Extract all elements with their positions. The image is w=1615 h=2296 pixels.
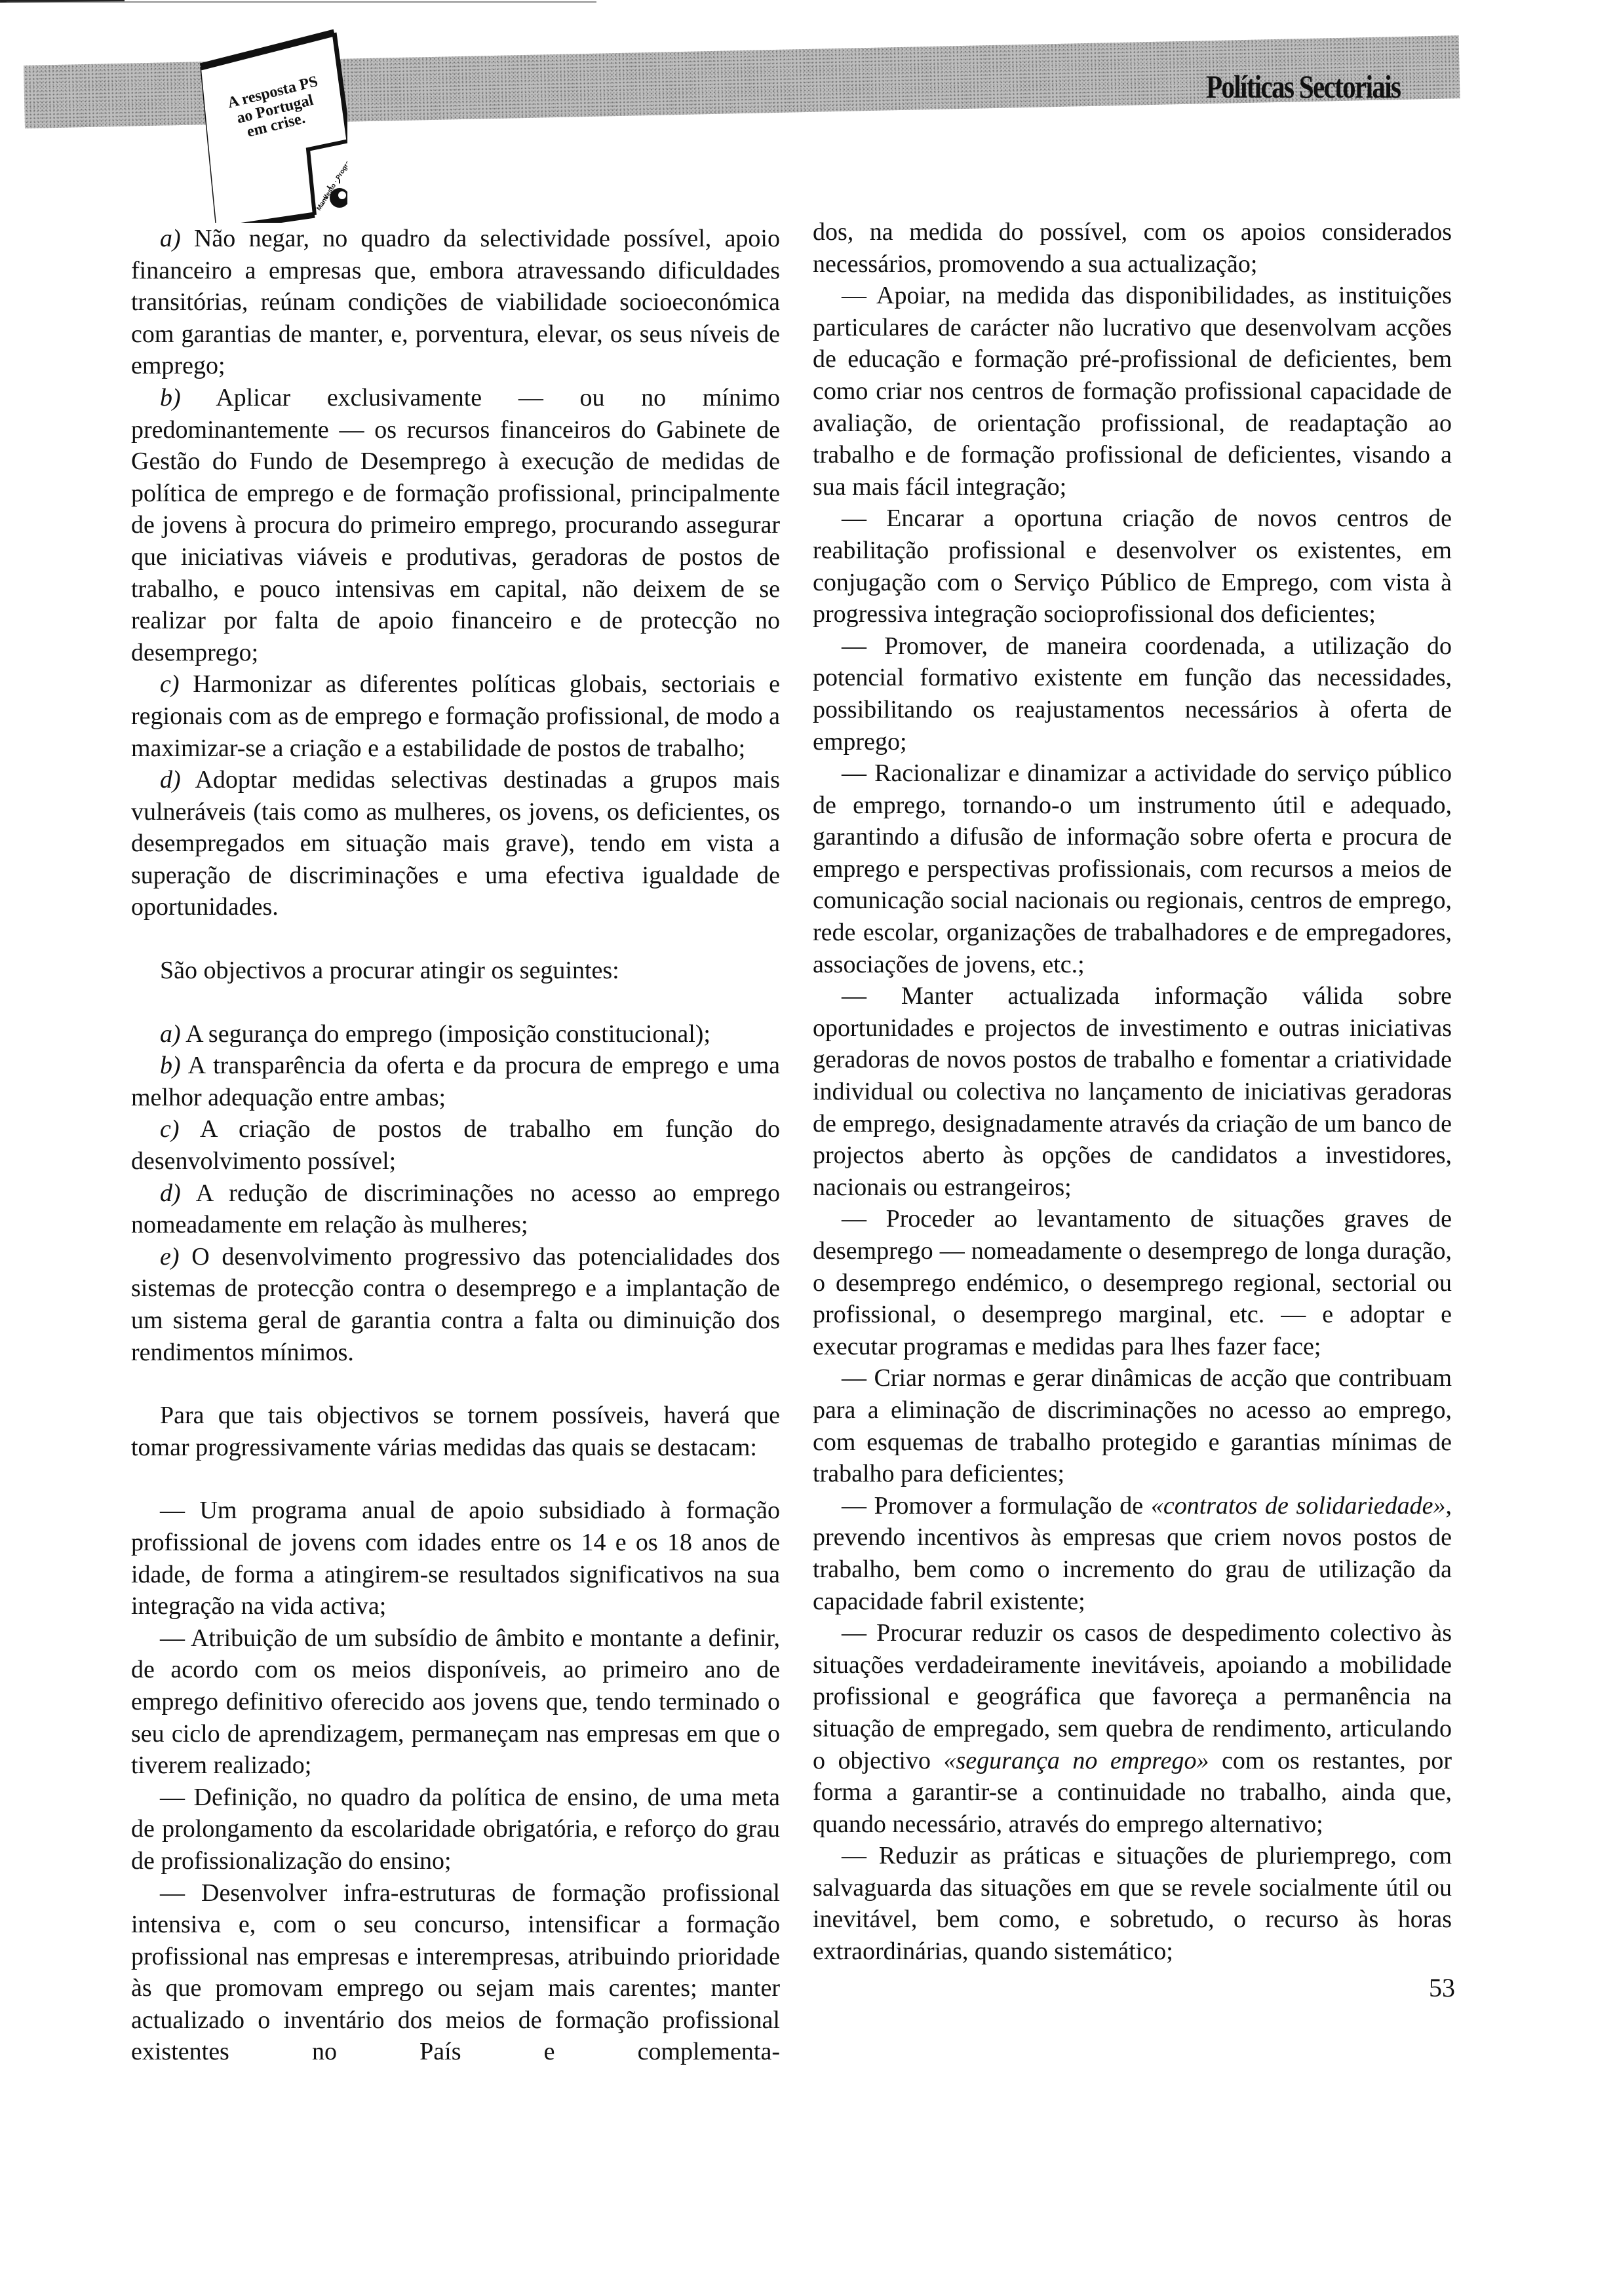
spacer	[131, 1368, 780, 1400]
measure-item: — Promover, de maneira coordenada, a uti…	[813, 630, 1452, 757]
right-column: dos, na medida do possível, com os apoio…	[813, 216, 1452, 1968]
measure-item: — Reduzir as práticas e situações de plu…	[813, 1840, 1452, 1967]
measures-intro: Para que tais objectivos se tornem possí…	[131, 1400, 780, 1463]
measure-item: — Encarar a oportuna criação de novos ce…	[813, 503, 1452, 630]
scan-edge-line	[7, 1, 596, 3]
spacer	[131, 987, 780, 1018]
page-number: 53	[1429, 1972, 1455, 2003]
measure-item: — Proceder ao levantamento de situações …	[813, 1203, 1452, 1362]
emphasis-quote: «segurança no emprego»	[944, 1747, 1209, 1774]
manifesto-book-logo: A resposta PS ao Portugal em crise. Mani…	[197, 26, 347, 223]
intro-item-b: b) Aplicar exclusivamente — ou no mínimo…	[131, 382, 780, 668]
measure-item: — Racionalizar e dinamizar a actividade …	[813, 757, 1452, 980]
measure-item: — Definição, no quadro da política de en…	[131, 1782, 780, 1877]
objective-d: d) A redução de discriminações no acesso…	[131, 1177, 780, 1241]
left-column: a) Não negar, no quadro da selectividade…	[131, 223, 780, 2068]
intro-item-c: c) Harmonizar as diferentes políticas gl…	[131, 668, 780, 764]
emphasis-quote: «contratos de solidariedade»	[1151, 1492, 1446, 1520]
objective-c: c) A criação de postos de trabalho em fu…	[131, 1113, 780, 1177]
spacer	[131, 1463, 780, 1495]
measure-item: — Apoiar, na medida das disponibilidades…	[813, 280, 1452, 503]
intro-item-d: d) Adoptar medidas selectivas destinadas…	[131, 764, 780, 923]
objectives-intro: São objectivos a procurar atingir os seg…	[131, 955, 780, 987]
intro-item-a: a) Não negar, no quadro da selectividade…	[131, 223, 780, 382]
measure-item: — Atribuição de um subsídio de âmbito e …	[131, 1622, 780, 1782]
continuation-text: dos, na medida do possível, com os apoio…	[813, 216, 1452, 280]
measure-item: — Manter actualizada informação válida s…	[813, 980, 1452, 1203]
section-title: Políticas Sectoriais	[1206, 67, 1400, 105]
measure-item: — Criar normas e gerar dinâmicas de acçã…	[813, 1362, 1452, 1489]
spacer	[131, 923, 780, 955]
objective-b: b) A transparência da oferta e da procur…	[131, 1050, 780, 1113]
objective-e: e) O desenvolvimento progressivo das pot…	[131, 1241, 780, 1368]
measure-item: — Um programa anual de apoio subsidiado …	[131, 1495, 780, 1622]
measure-item: — Desenvolver infra-estruturas de formaç…	[131, 1877, 780, 2069]
measure-item: — Procurar reduzir os casos de despedime…	[813, 1617, 1452, 1840]
measure-item: — Promover a formulação de «contratos de…	[813, 1490, 1452, 1617]
objective-a: a) A segurança do emprego (imposição con…	[131, 1018, 780, 1050]
